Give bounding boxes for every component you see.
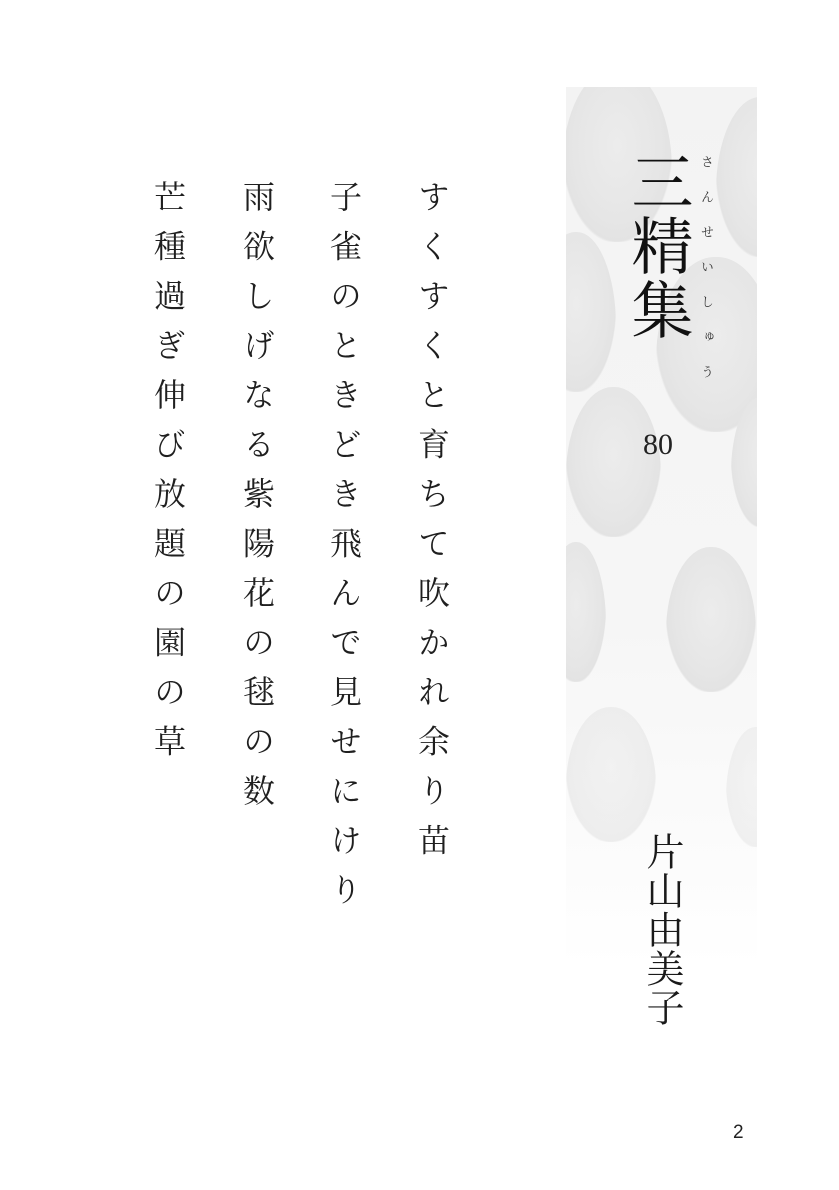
haiku-line: 雨欲しげなる紫陽花の毬の数 (237, 180, 277, 824)
leaf-pattern-shape (716, 97, 757, 257)
leaf-pattern-shape (566, 707, 656, 842)
title-ruby: さんせいしゅう (696, 155, 715, 400)
leaf-pattern-shape (566, 232, 616, 392)
leaf-pattern-shape (666, 547, 756, 692)
leaf-pattern-shape (726, 727, 757, 847)
collection-title: 三精集 (622, 150, 692, 342)
leaf-pattern-shape (566, 542, 606, 682)
collection-number: 80 (643, 428, 673, 462)
page-number: 2 (733, 1122, 744, 1144)
leaf-pattern-shape (566, 387, 661, 537)
haiku-line: すくすくと育ちて吹かれ余り苗 (412, 180, 452, 873)
author-name: 片山由美子 (640, 832, 684, 1027)
haiku-line: 子雀のときどき飛んで見せにけり (324, 180, 364, 923)
haiku-line: 芒種過ぎ伸び放題の園の草 (148, 180, 188, 774)
